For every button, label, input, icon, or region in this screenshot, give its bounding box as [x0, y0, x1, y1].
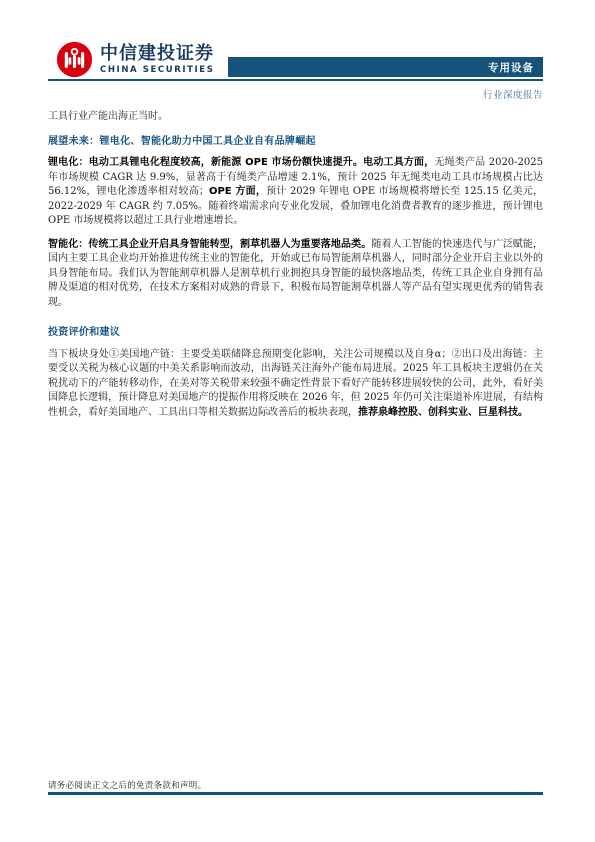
- china-securities-logo-icon: [56, 41, 93, 78]
- header-divider: [48, 79, 543, 81]
- paragraph-lithium: 锂电化：电动工具锂电化程度较高，新能源 OPE 市场份额快速提升。电动工具方面，…: [48, 156, 543, 229]
- footer-disclaimer: 请务必阅读正文之后的免责条款和声明。: [48, 779, 206, 791]
- brand-logo-block: 中信建投证券 CHINA SECURITIES: [56, 41, 214, 78]
- report-body: 工具行业产能出海正当时。 展望未来：锂电化、智能化助力中国工具企业自有品牌崛起 …: [48, 110, 543, 429]
- sector-banner-label: 专用设备: [488, 60, 534, 75]
- emphasis-text: 锂电化：电动工具锂电化程度较高，新能源 OPE 市场份额快速提升。电动工具方面，: [48, 157, 434, 168]
- footer-divider: [48, 792, 543, 795]
- section-title-outlook: 展望未来：锂电化、智能化助力中国工具企业自有品牌崛起: [48, 135, 543, 150]
- paragraph-intelligence: 智能化：传统工具企业开启具身智能转型，割草机器人为重要落地品类。随着人工智能的快…: [48, 238, 543, 311]
- section-title-investment: 投资评价和建议: [48, 326, 543, 341]
- emphasis-text: 智能化：传统工具企业开启具身智能转型，割草机器人为重要落地品类。: [48, 239, 371, 250]
- report-page: 中信建投证券 CHINA SECURITIES 专用设备 行业深度报告 工具行业…: [0, 0, 595, 842]
- paragraph-investment: 当下板块身处①美国地产链：主要受美联储降息预期变化影响，关注公司规模以及自身α；…: [48, 348, 543, 421]
- sector-banner: 专用设备: [228, 57, 543, 77]
- brand-name-en: CHINA SECURITIES: [100, 66, 214, 75]
- emphasis-text: OPE 方面，: [209, 186, 266, 197]
- intro-line: 工具行业产能出海正当时。: [48, 110, 543, 125]
- report-type-label: 行业深度报告: [483, 87, 543, 101]
- brand-text: 中信建投证券 CHINA SECURITIES: [100, 45, 214, 75]
- brand-name-cn: 中信建投证券: [100, 45, 214, 63]
- emphasis-text: 推荐泉峰控股、创科实业、巨星科技。: [358, 407, 528, 418]
